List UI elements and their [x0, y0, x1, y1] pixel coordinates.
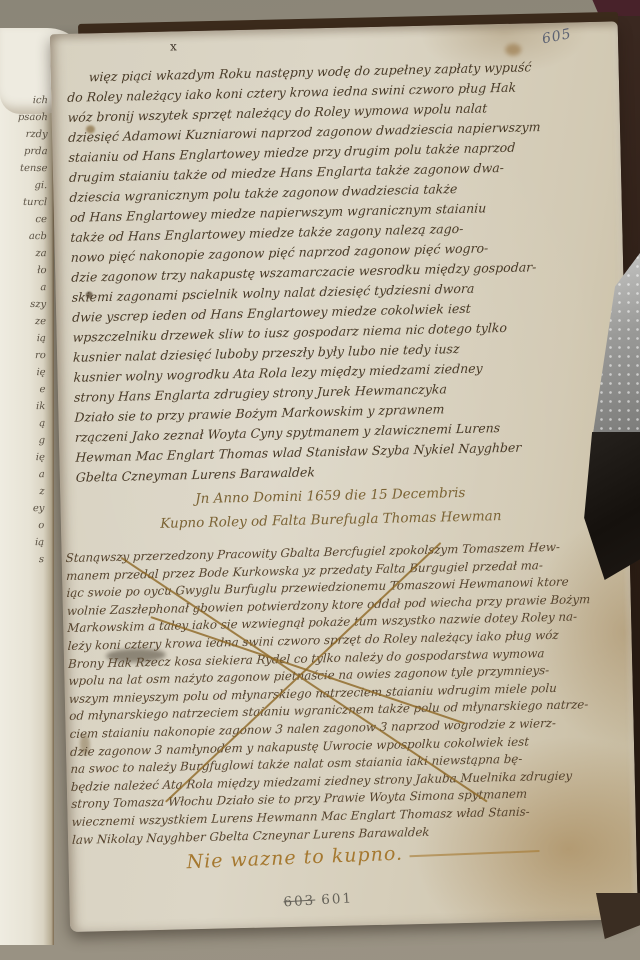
margin-fragment: ło	[2, 262, 46, 279]
margin-fragment: ey	[0, 500, 44, 517]
stain-spot	[505, 44, 521, 56]
first-entry-text: więz piąci wkazdym Roku następny wodę do…	[67, 56, 620, 488]
folio-number: 605	[541, 26, 573, 48]
pencil-number-crossed: 603	[283, 893, 316, 911]
pencil-number: 601	[321, 890, 354, 908]
margin-fragment: psaoh	[4, 109, 48, 126]
margin-fragment: ze	[2, 313, 46, 330]
margin-fragment: prda	[3, 143, 47, 160]
margin-fragment: ię	[2, 364, 46, 381]
top-x-mark: x	[170, 39, 177, 53]
margin-fragment: ię	[1, 449, 45, 466]
adjacent-page-text-fragments: ichpsaohrzdyprdatensegi.turclceacbzałoas…	[0, 92, 48, 568]
margin-fragment: z	[1, 483, 45, 500]
pencil-foliation: 603601	[283, 890, 353, 910]
margin-fragment: szy	[2, 296, 46, 313]
margin-fragment: ce	[3, 211, 47, 228]
table-shadow-corner	[596, 893, 640, 939]
margin-fragment: ik	[1, 398, 45, 415]
margin-fragment: ich	[4, 92, 48, 109]
margin-fragment: tense	[3, 160, 47, 177]
margin-fragment: g	[1, 432, 45, 449]
annulment-note: Nie wazne to kupno.	[186, 843, 403, 874]
margin-fragment: a	[1, 466, 45, 483]
margin-fragment: turcl	[3, 194, 47, 211]
margin-fragment: ą	[1, 415, 45, 432]
manuscript-page: 605 x więz piąci wkazdym Roku następny w…	[50, 21, 638, 932]
margin-fragment: a	[2, 279, 46, 296]
margin-fragment: ro	[2, 347, 46, 364]
margin-fragment: gi.	[3, 177, 47, 194]
entry-heading: Jn Anno Domini 1659 die 15 Decembris Kup…	[60, 478, 601, 538]
margin-fragment: acb	[3, 228, 47, 245]
margin-fragment: s	[0, 551, 44, 568]
margin-fragment: o	[0, 517, 44, 534]
second-entry-text: Stanąwszy przerzedzony Pracowity Gbalta …	[65, 537, 632, 849]
margin-fragment: za	[3, 245, 47, 262]
margin-fragment: e	[1, 381, 45, 398]
margin-fragment: rzdy	[4, 126, 48, 143]
margin-fragment: ią	[0, 534, 44, 551]
margin-fragment: ią	[2, 330, 46, 347]
